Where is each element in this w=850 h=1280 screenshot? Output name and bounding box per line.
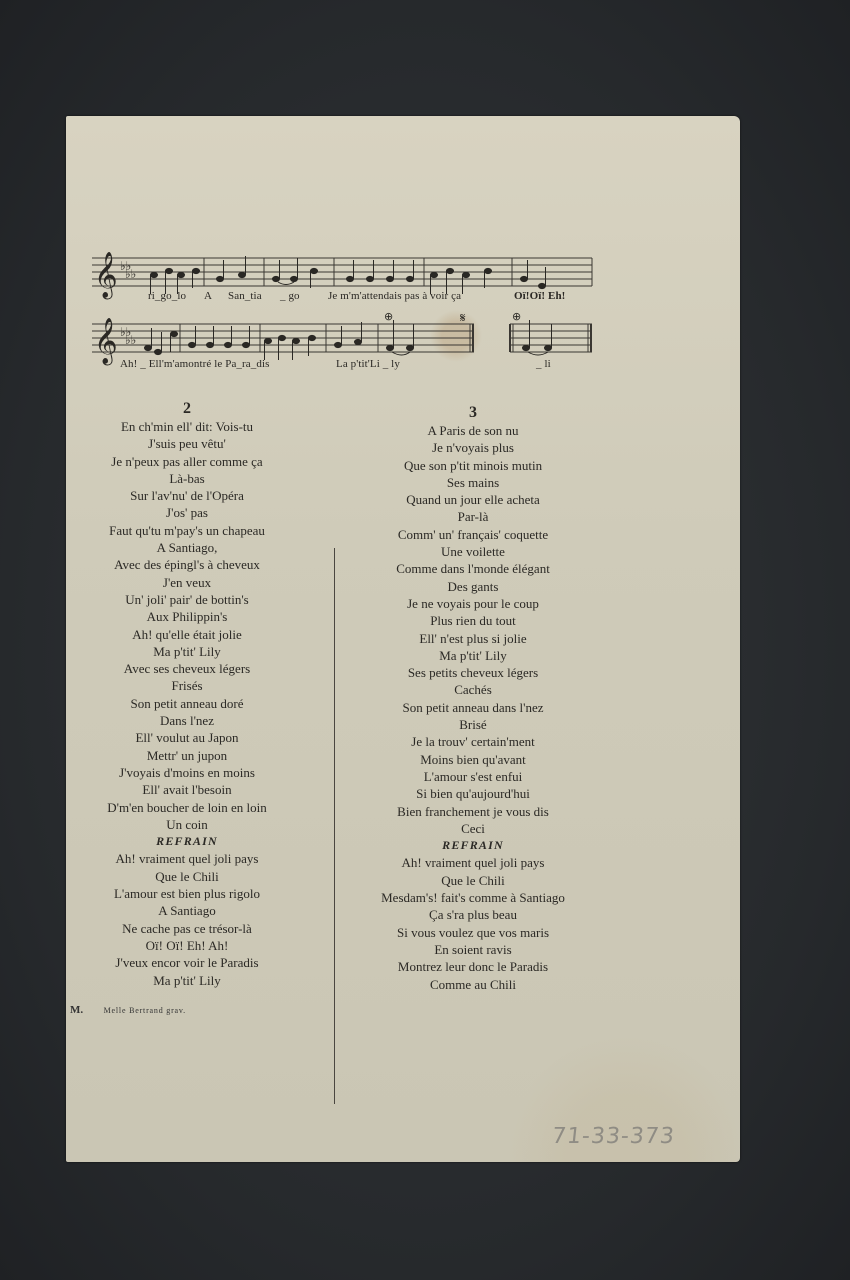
music-staff-2: 𝄞 ♭♭ ♭♭ [92, 312, 598, 382]
refrain-line: Ah! vraiment quel joli pays [362, 854, 584, 871]
verse-line: Sur l'av'nu' de l'Opéra [86, 487, 288, 504]
refrain-line: Mesdam's! fait's comme à Santiago [362, 889, 584, 906]
verse-line: Ell' voulut au Japon [86, 729, 288, 746]
verse-line: Que son p'tit minois mutin [362, 457, 584, 474]
verse-line: Ses petits cheveux légers [362, 664, 584, 681]
engraver-credit: M. Melle Bertrand grav. [70, 1004, 186, 1016]
refrain-line: Ma p'tit' Lily [86, 972, 288, 989]
verse-line: J'en veux [86, 574, 288, 591]
lyric-syllable: _ go [280, 290, 300, 302]
verse-line: Ses mains [362, 474, 584, 491]
verse-line: En ch'min ell' dit: Vois-tu [86, 418, 288, 435]
verse-line: Quand un jour elle acheta [362, 491, 584, 508]
refrain-line: En soient ravis [362, 941, 584, 958]
refrain-line: Que le Chili [362, 872, 584, 889]
refrain-line: Montrez leur donc le Paradis [362, 958, 584, 975]
publisher-mark: M. [70, 1004, 83, 1016]
segno-icon: 𝄋 [460, 311, 466, 326]
verse-line: Ell' n'est plus si jolie [362, 630, 584, 647]
verse-line: Je ne voyais pour le coup [362, 595, 584, 612]
sheet-music-page: 𝄞 ♭♭ ♭♭ [66, 116, 740, 1162]
refrain-line: Que le Chili [86, 868, 288, 885]
verse-line: Je n'peux pas aller comme ça [86, 453, 288, 470]
verse-line: Je la trouv' certain'ment [362, 733, 584, 750]
verse-line: Si bien qu'aujourd'hui [362, 785, 584, 802]
music-staff-1: 𝄞 ♭♭ ♭♭ [92, 248, 598, 308]
coda-icon: ⊕ [384, 310, 393, 323]
verse-line: D'm'en boucher de loin en loin [86, 799, 288, 816]
verse-line: Avec des épingl's à cheveux [86, 556, 288, 573]
verse-line: Aux Philippin's [86, 608, 288, 625]
verse-line: Moins bien qu'avant [362, 751, 584, 768]
refrain-line: Oï! Oï! Eh! Ah! [86, 937, 288, 954]
verse-line: A Paris de son nu [362, 422, 584, 439]
lyric-syllable: Oï!Oï! Eh! [514, 290, 565, 302]
lyric-syllable: _ li [536, 358, 551, 370]
refrain-line: Si vous voulez que vos maris [362, 924, 584, 941]
refrain-line: Ne cache pas ce trésor-là [86, 920, 288, 937]
verse-line: Avec ses cheveux légers [86, 660, 288, 677]
svg-text:♭♭: ♭♭ [125, 333, 136, 347]
verse-line: Brisé [362, 716, 584, 733]
lyric-syllable: La p'tit'Li _ ly [336, 358, 400, 370]
refrain-heading: REFRAIN [86, 833, 288, 850]
verse-line: Une voilette [362, 543, 584, 560]
verse-line: Par-là [362, 508, 584, 525]
verse-line: Plus rien du tout [362, 612, 584, 629]
verse-line: Ma p'tit' Lily [86, 643, 288, 660]
lyric-syllable: Ah! _ Ell'm'amontré le Pa_ra_dis [120, 358, 270, 370]
verse-line: Je n'voyais plus [362, 439, 584, 456]
verse-line: Comme dans l'monde élégant [362, 560, 584, 577]
staff-2-lyrics: Ah! _ Ell'm'amontré le Pa_ra_dis La p'ti… [92, 358, 598, 372]
verse-line: J'suis peu vêtu' [86, 435, 288, 452]
verse-line: Là-bas [86, 470, 288, 487]
verse-line: A Santiago, [86, 539, 288, 556]
catalog-number: 71-33-373 [551, 1124, 676, 1149]
lyric-syllable: A [204, 290, 212, 302]
column-divider [334, 548, 335, 1104]
verse-3: 3 A Paris de son nu Je n'voyais plus Que… [362, 404, 584, 993]
verse-line: Ah! qu'elle était jolie [86, 626, 288, 643]
lyric-syllable: ri_go_lo [148, 290, 186, 302]
verse-2: 2 En ch'min ell' dit: Vois-tu J'suis peu… [86, 400, 288, 989]
lyric-syllable: San_tia [228, 290, 262, 302]
verse-line: Comm' un' français' coquette [362, 526, 584, 543]
verse-line: L'amour s'est enfui [362, 768, 584, 785]
verse-line: Des gants [362, 578, 584, 595]
verse-line: Frisés [86, 677, 288, 694]
svg-text:♭♭: ♭♭ [125, 267, 136, 281]
verse-line: Bien franchement je vous dis [362, 803, 584, 820]
verse-line: Son petit anneau dans l'nez [362, 699, 584, 716]
refrain-line: A Santiago [86, 902, 288, 919]
verse-line: Ceci [362, 820, 584, 837]
verse-line: Ma p'tit' Lily [362, 647, 584, 664]
engraver-name: Melle Bertrand grav. [104, 1006, 186, 1015]
refrain-line: Ça s'ra plus beau [362, 906, 584, 923]
refrain-line: J'veux encor voir le Paradis [86, 954, 288, 971]
verse-line: Un coin [86, 816, 288, 833]
verse-number: 2 [86, 400, 288, 418]
refrain-line: Ah! vraiment quel joli pays [86, 850, 288, 867]
coda-icon: ⊕ [512, 310, 521, 323]
refrain-heading: REFRAIN [362, 837, 584, 854]
verse-line: J'voyais d'moins en moins [86, 764, 288, 781]
verse-line: Ell' avait l'besoin [86, 781, 288, 798]
verse-line: Son petit anneau doré [86, 695, 288, 712]
verse-line: Un' joli' pair' de bottin's [86, 591, 288, 608]
verse-line: Dans l'nez [86, 712, 288, 729]
verse-number: 3 [362, 404, 584, 422]
verse-line: Mettr' un jupon [86, 747, 288, 764]
verse-line: Faut qu'tu m'pay's un chapeau [86, 522, 288, 539]
verse-line: J'os' pas [86, 504, 288, 521]
refrain-line: L'amour est bien plus rigolo [86, 885, 288, 902]
refrain-line: Comme au Chili [362, 976, 584, 993]
verse-line: Cachés [362, 681, 584, 698]
lyric-syllable: Je m'm'attendais pas à voir ça [328, 290, 461, 302]
staff-1-lyrics: ri_go_lo A San_tia _ go Je m'm'attendais… [92, 290, 598, 304]
